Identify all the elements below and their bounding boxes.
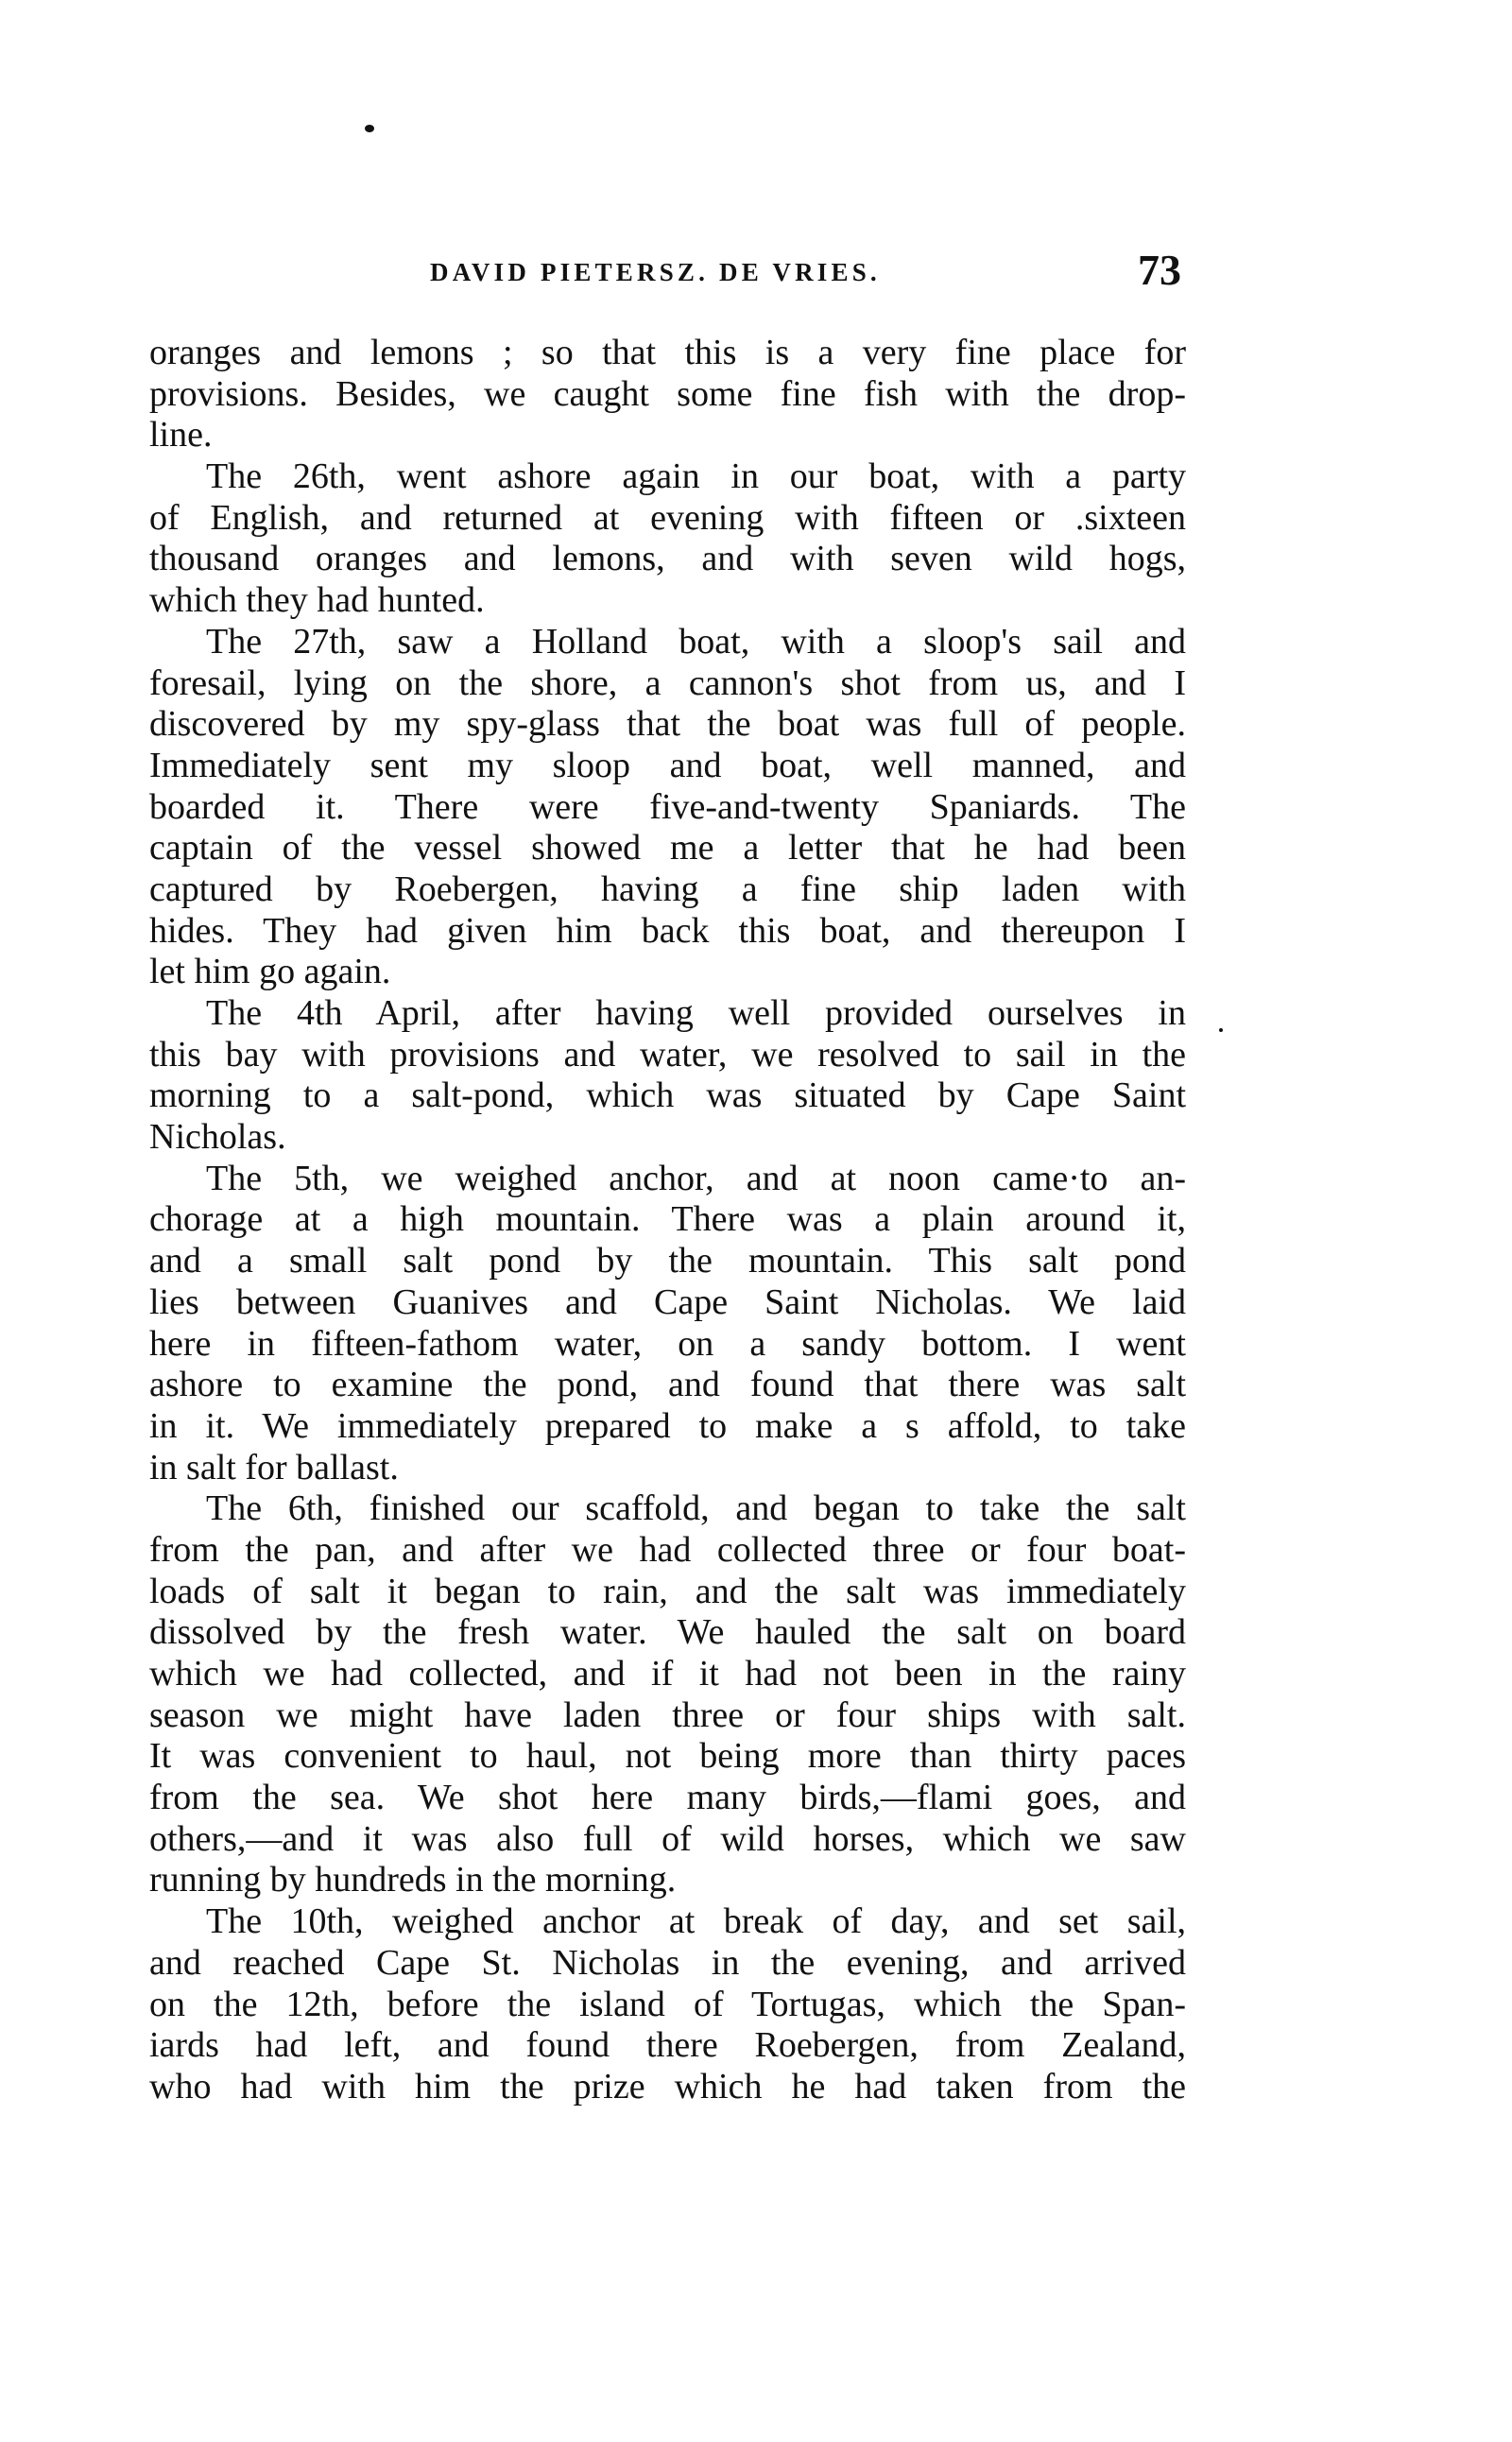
text-line: line. <box>149 415 1186 456</box>
text-line: thousand oranges and lemons, and with se… <box>149 539 1186 580</box>
text-line: of English, and returned at evening with… <box>149 498 1186 540</box>
page-number: 73 <box>1125 246 1181 295</box>
text-line: ashore to examine the pond, and found th… <box>149 1365 1186 1406</box>
text-line: The 26th, went ashore again in our boat,… <box>149 456 1186 498</box>
text-line: dissolved by the fresh water. We hauled … <box>149 1612 1186 1654</box>
text-line: running by hundreds in the morning. <box>149 1860 1186 1901</box>
book-page: DAVID PIETERSZ. DE VRIES. 73 oranges and… <box>0 0 1512 2442</box>
print-speck <box>365 125 374 132</box>
text-line: iards had left, and found there Roeberge… <box>149 2025 1186 2067</box>
text-line: here in fifteen-fathom water, on a sandy… <box>149 1324 1186 1366</box>
text-line: boarded it. There were five-and-twenty S… <box>149 787 1186 829</box>
text-line: and reached Cape St. Nicholas in the eve… <box>149 1943 1186 1985</box>
text-line: oranges and lemons ; so that this is a v… <box>149 333 1186 374</box>
text-line: The 4th April, after having well provide… <box>149 993 1186 1035</box>
text-line: Immediately sent my sloop and boat, well… <box>149 746 1186 787</box>
text-line: The 27th, saw a Holland boat, with a slo… <box>149 622 1186 663</box>
text-line: morning to a salt-pond, which was situat… <box>149 1075 1186 1117</box>
text-line: on the 12th, before the island of Tortug… <box>149 1985 1186 2026</box>
text-line: let him go again. <box>149 952 1186 993</box>
body-text: oranges and lemons ; so that this is a v… <box>149 333 1186 2108</box>
running-head-title: DAVID PIETERSZ. DE VRIES. <box>430 253 912 291</box>
text-line: chorage at a high mountain. There was a … <box>149 1199 1186 1241</box>
text-line: which they had hunted. <box>149 580 1186 622</box>
text-line: Nicholas. <box>149 1117 1186 1159</box>
text-line: discovered by my spy-glass that the boat… <box>149 704 1186 746</box>
text-line: hides. They had given him back this boat… <box>149 911 1186 953</box>
text-line: The 6th, finished our scaffold, and bega… <box>149 1488 1186 1530</box>
text-line: It was convenient to haul, not being mor… <box>149 1736 1186 1778</box>
text-line: The 5th, we weighed anchor, and at noon … <box>149 1159 1186 1200</box>
text-line: captain of the vessel showed me a letter… <box>149 828 1186 869</box>
text-line: which we had collected, and if it had no… <box>149 1654 1186 1695</box>
text-line: captured by Roebergen, having a fine shi… <box>149 869 1186 911</box>
text-line: from the sea. We shot here many birds,—f… <box>149 1778 1186 1819</box>
text-line: this bay with provisions and water, we r… <box>149 1035 1186 1076</box>
text-line: in salt for ballast. <box>149 1448 1186 1489</box>
text-line: loads of salt it began to rain, and the … <box>149 1572 1186 1613</box>
text-line: season we might have laden three or four… <box>149 1695 1186 1737</box>
text-line: foresail, lying on the shore, a cannon's… <box>149 663 1186 705</box>
text-line: provisions. Besides, we caught some fine… <box>149 374 1186 416</box>
text-line: others,—and it was also full of wild hor… <box>149 1819 1186 1861</box>
text-line: The 10th, weighed anchor at break of day… <box>149 1901 1186 1943</box>
text-line: who had with him the prize which he had … <box>149 2067 1186 2108</box>
print-speck <box>1219 1028 1223 1032</box>
text-line: from the pan, and after we had collected… <box>149 1530 1186 1572</box>
text-line: lies between Guanives and Cape Saint Nic… <box>149 1282 1186 1324</box>
text-line: in it. We immediately prepared to make a… <box>149 1406 1186 1448</box>
text-line: and a small salt pond by the mountain. T… <box>149 1241 1186 1282</box>
